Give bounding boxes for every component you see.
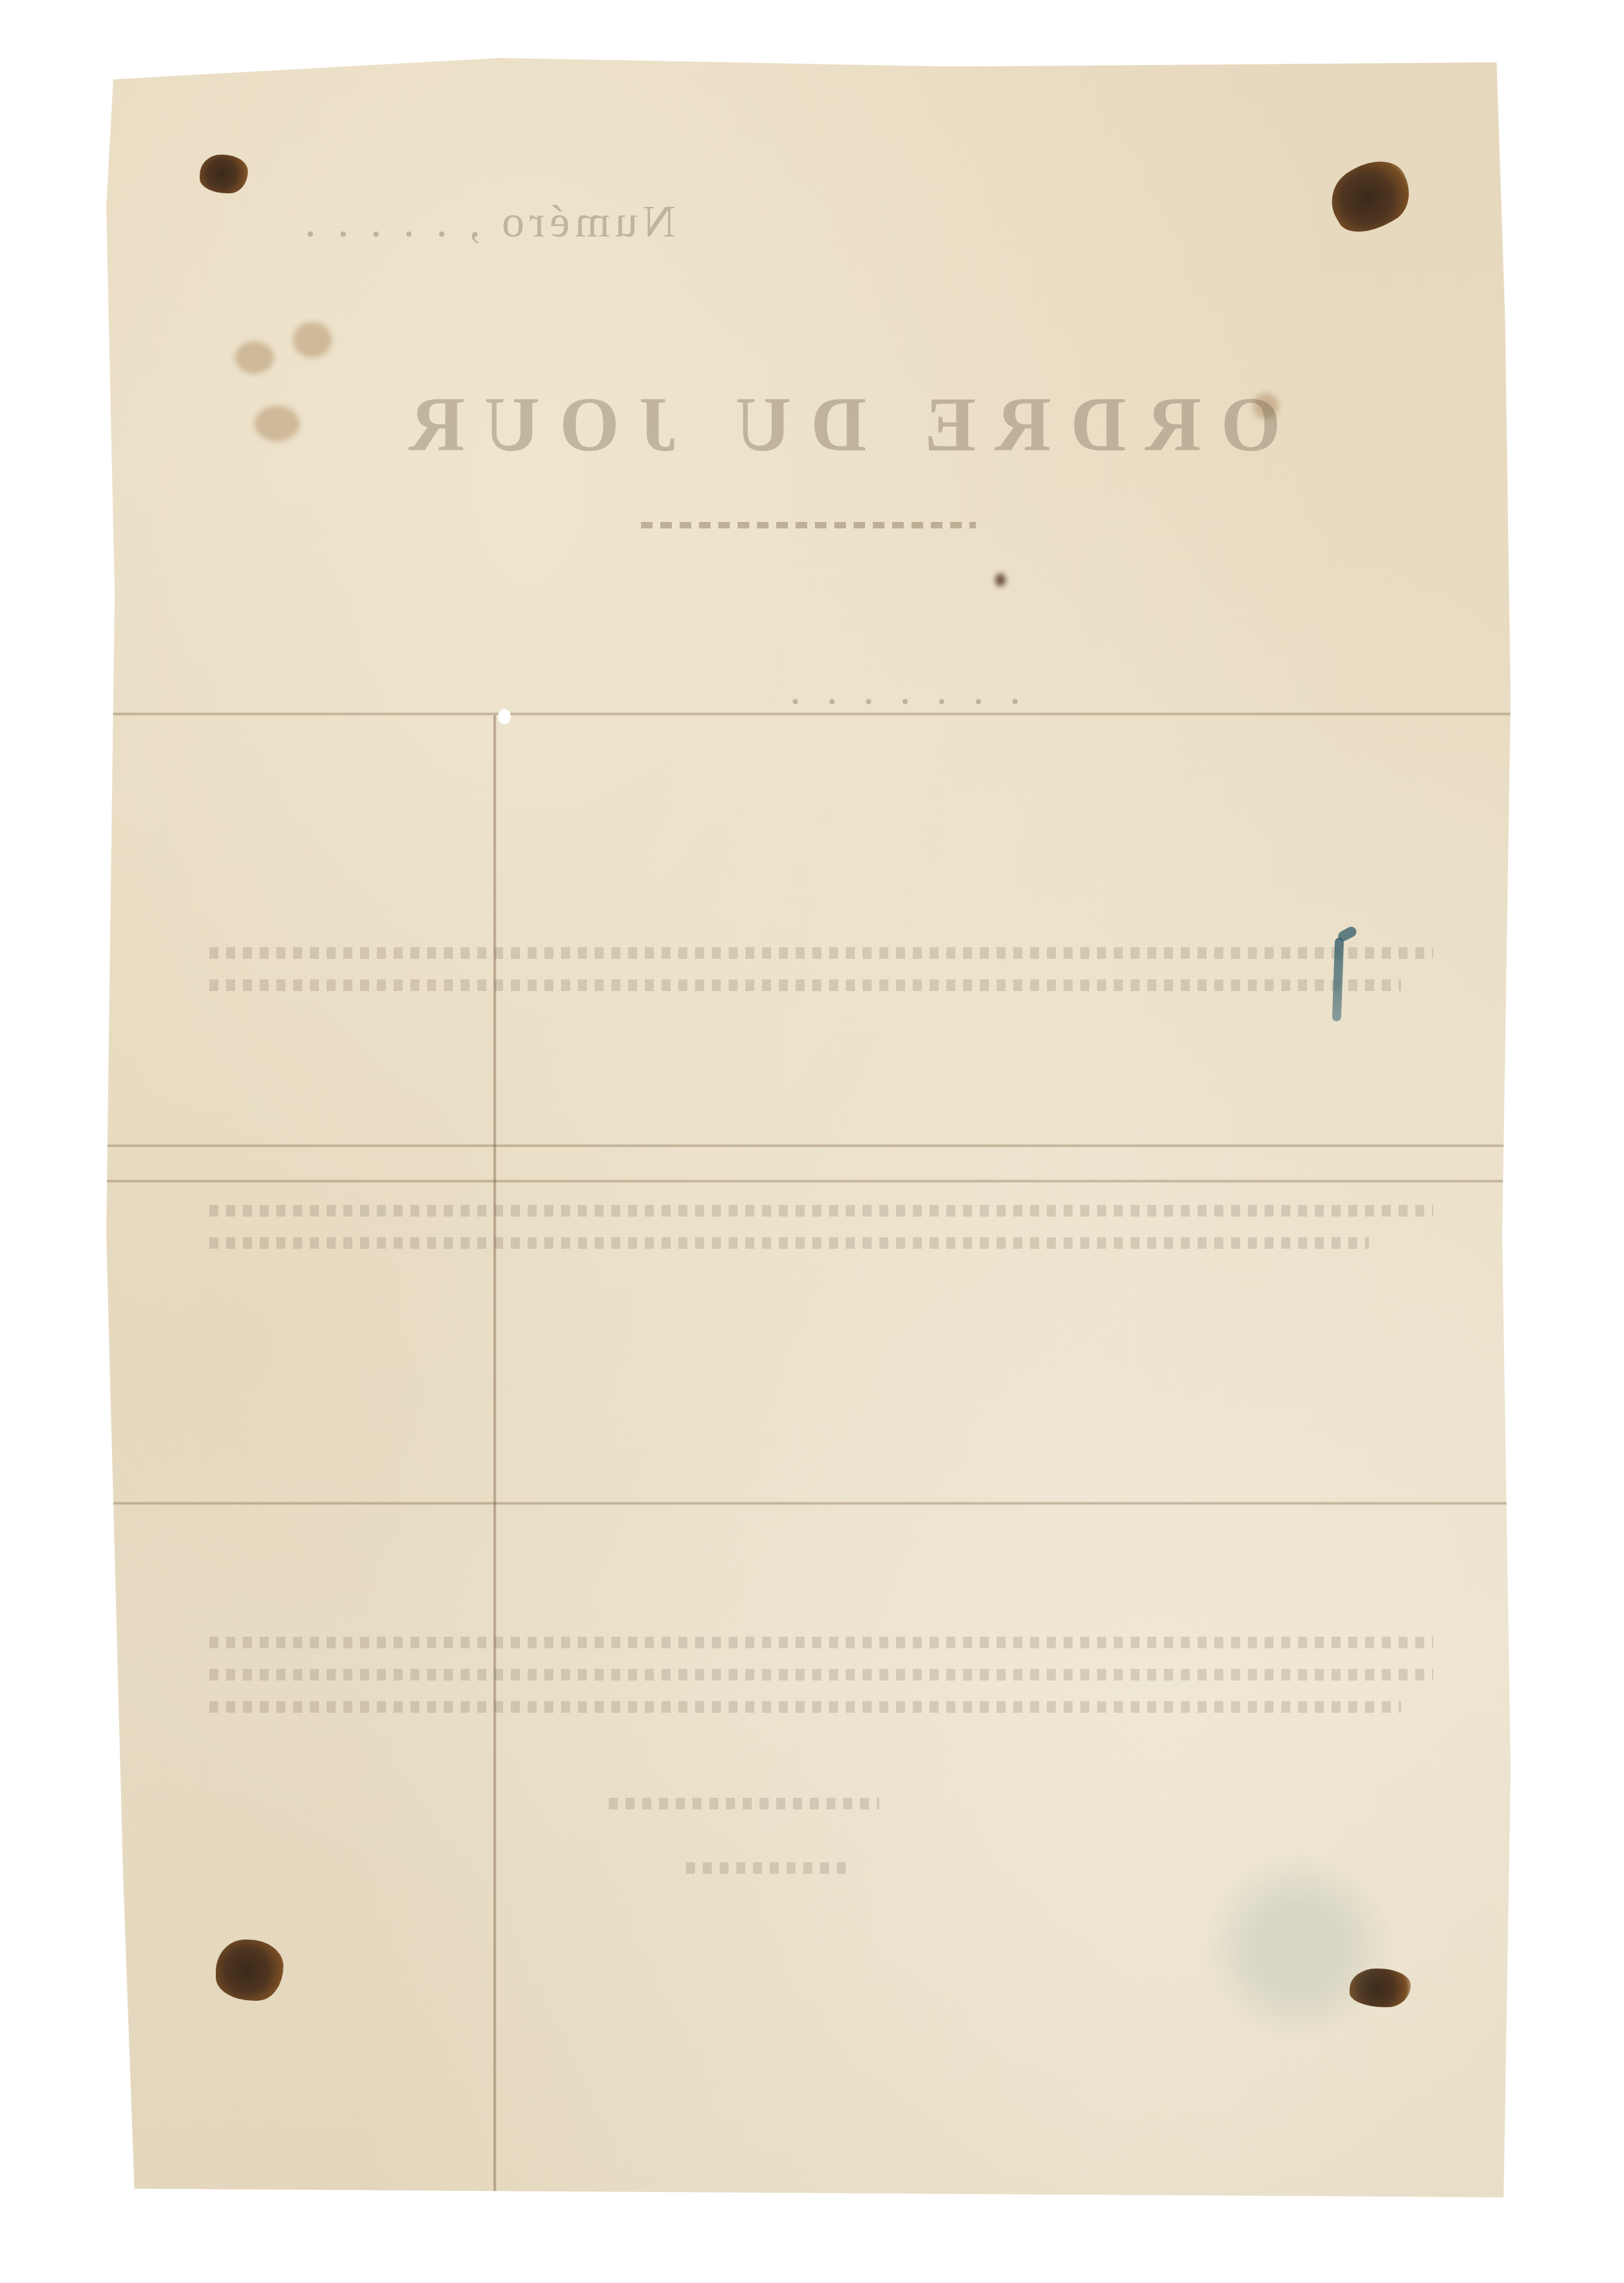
horizontal-fold-middle-2	[106, 1179, 1511, 1183]
show-through-text-line	[209, 1701, 1401, 1713]
show-through-text-line	[209, 1669, 1433, 1681]
stain-top-right-icon	[1319, 148, 1421, 244]
ink-dot	[995, 573, 1006, 586]
show-through-text-line	[209, 1637, 1433, 1648]
blue-stamp-icon	[1201, 1849, 1395, 2043]
fold-hole	[498, 709, 511, 724]
show-through-text-line	[209, 1237, 1369, 1249]
show-through-subheading: · · · · · · ·	[783, 677, 1022, 728]
foxing-spot	[293, 322, 332, 358]
show-through-title: ORDRE DU JOUR	[390, 380, 1281, 469]
document-sheet: Numéro , . . . . . ORDRE DU JOUR · · · ·…	[106, 58, 1511, 2197]
foxing-spot	[254, 406, 300, 441]
horizontal-fold-lower	[106, 1501, 1511, 1505]
foxing-spot	[235, 342, 274, 374]
show-through-text-line	[609, 1798, 879, 1809]
horizontal-fold-middle	[106, 1144, 1511, 1148]
show-through-text-line	[209, 1205, 1433, 1217]
vertical-fold	[493, 715, 497, 2197]
stain-bottom-left-icon	[216, 1940, 283, 2001]
decorative-rule	[641, 522, 976, 528]
show-through-header: Numéro , . . . . .	[300, 197, 675, 248]
show-through-text-line	[209, 979, 1401, 991]
stain-top-left-icon	[200, 155, 248, 193]
show-through-text-line	[686, 1862, 854, 1874]
show-through-text-line	[209, 947, 1433, 959]
